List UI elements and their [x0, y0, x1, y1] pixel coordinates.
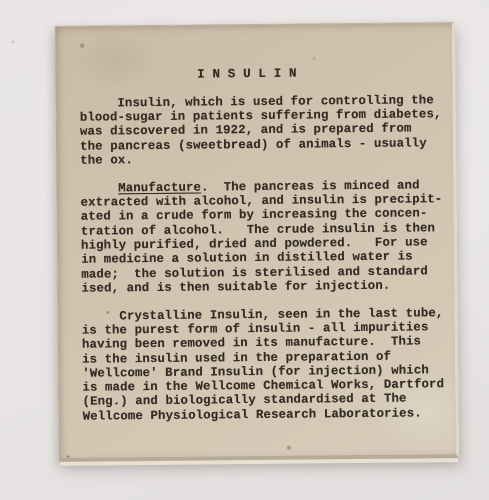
paragraph-manufacture: Manufacture. The pancreas is minced and … [80, 178, 428, 296]
card-title: I N S U L I N [79, 65, 414, 83]
paragraph-indent [80, 181, 118, 195]
photo-background: I N S U L I N Insulin, which is used for… [0, 0, 489, 500]
manufacture-heading: Manufacture [118, 180, 201, 195]
manufacture-body: . The pancreas is minced and extracted w… [81, 178, 443, 295]
paragraph-crystalline: Crystalline Insulin, seen in the last tu… [82, 306, 430, 424]
card-content: I N S U L I N Insulin, which is used for… [56, 23, 456, 458]
paragraph-intro: Insulin, which is used for controlling t… [80, 93, 428, 168]
typewritten-card: I N S U L I N Insulin, which is used for… [55, 22, 459, 462]
